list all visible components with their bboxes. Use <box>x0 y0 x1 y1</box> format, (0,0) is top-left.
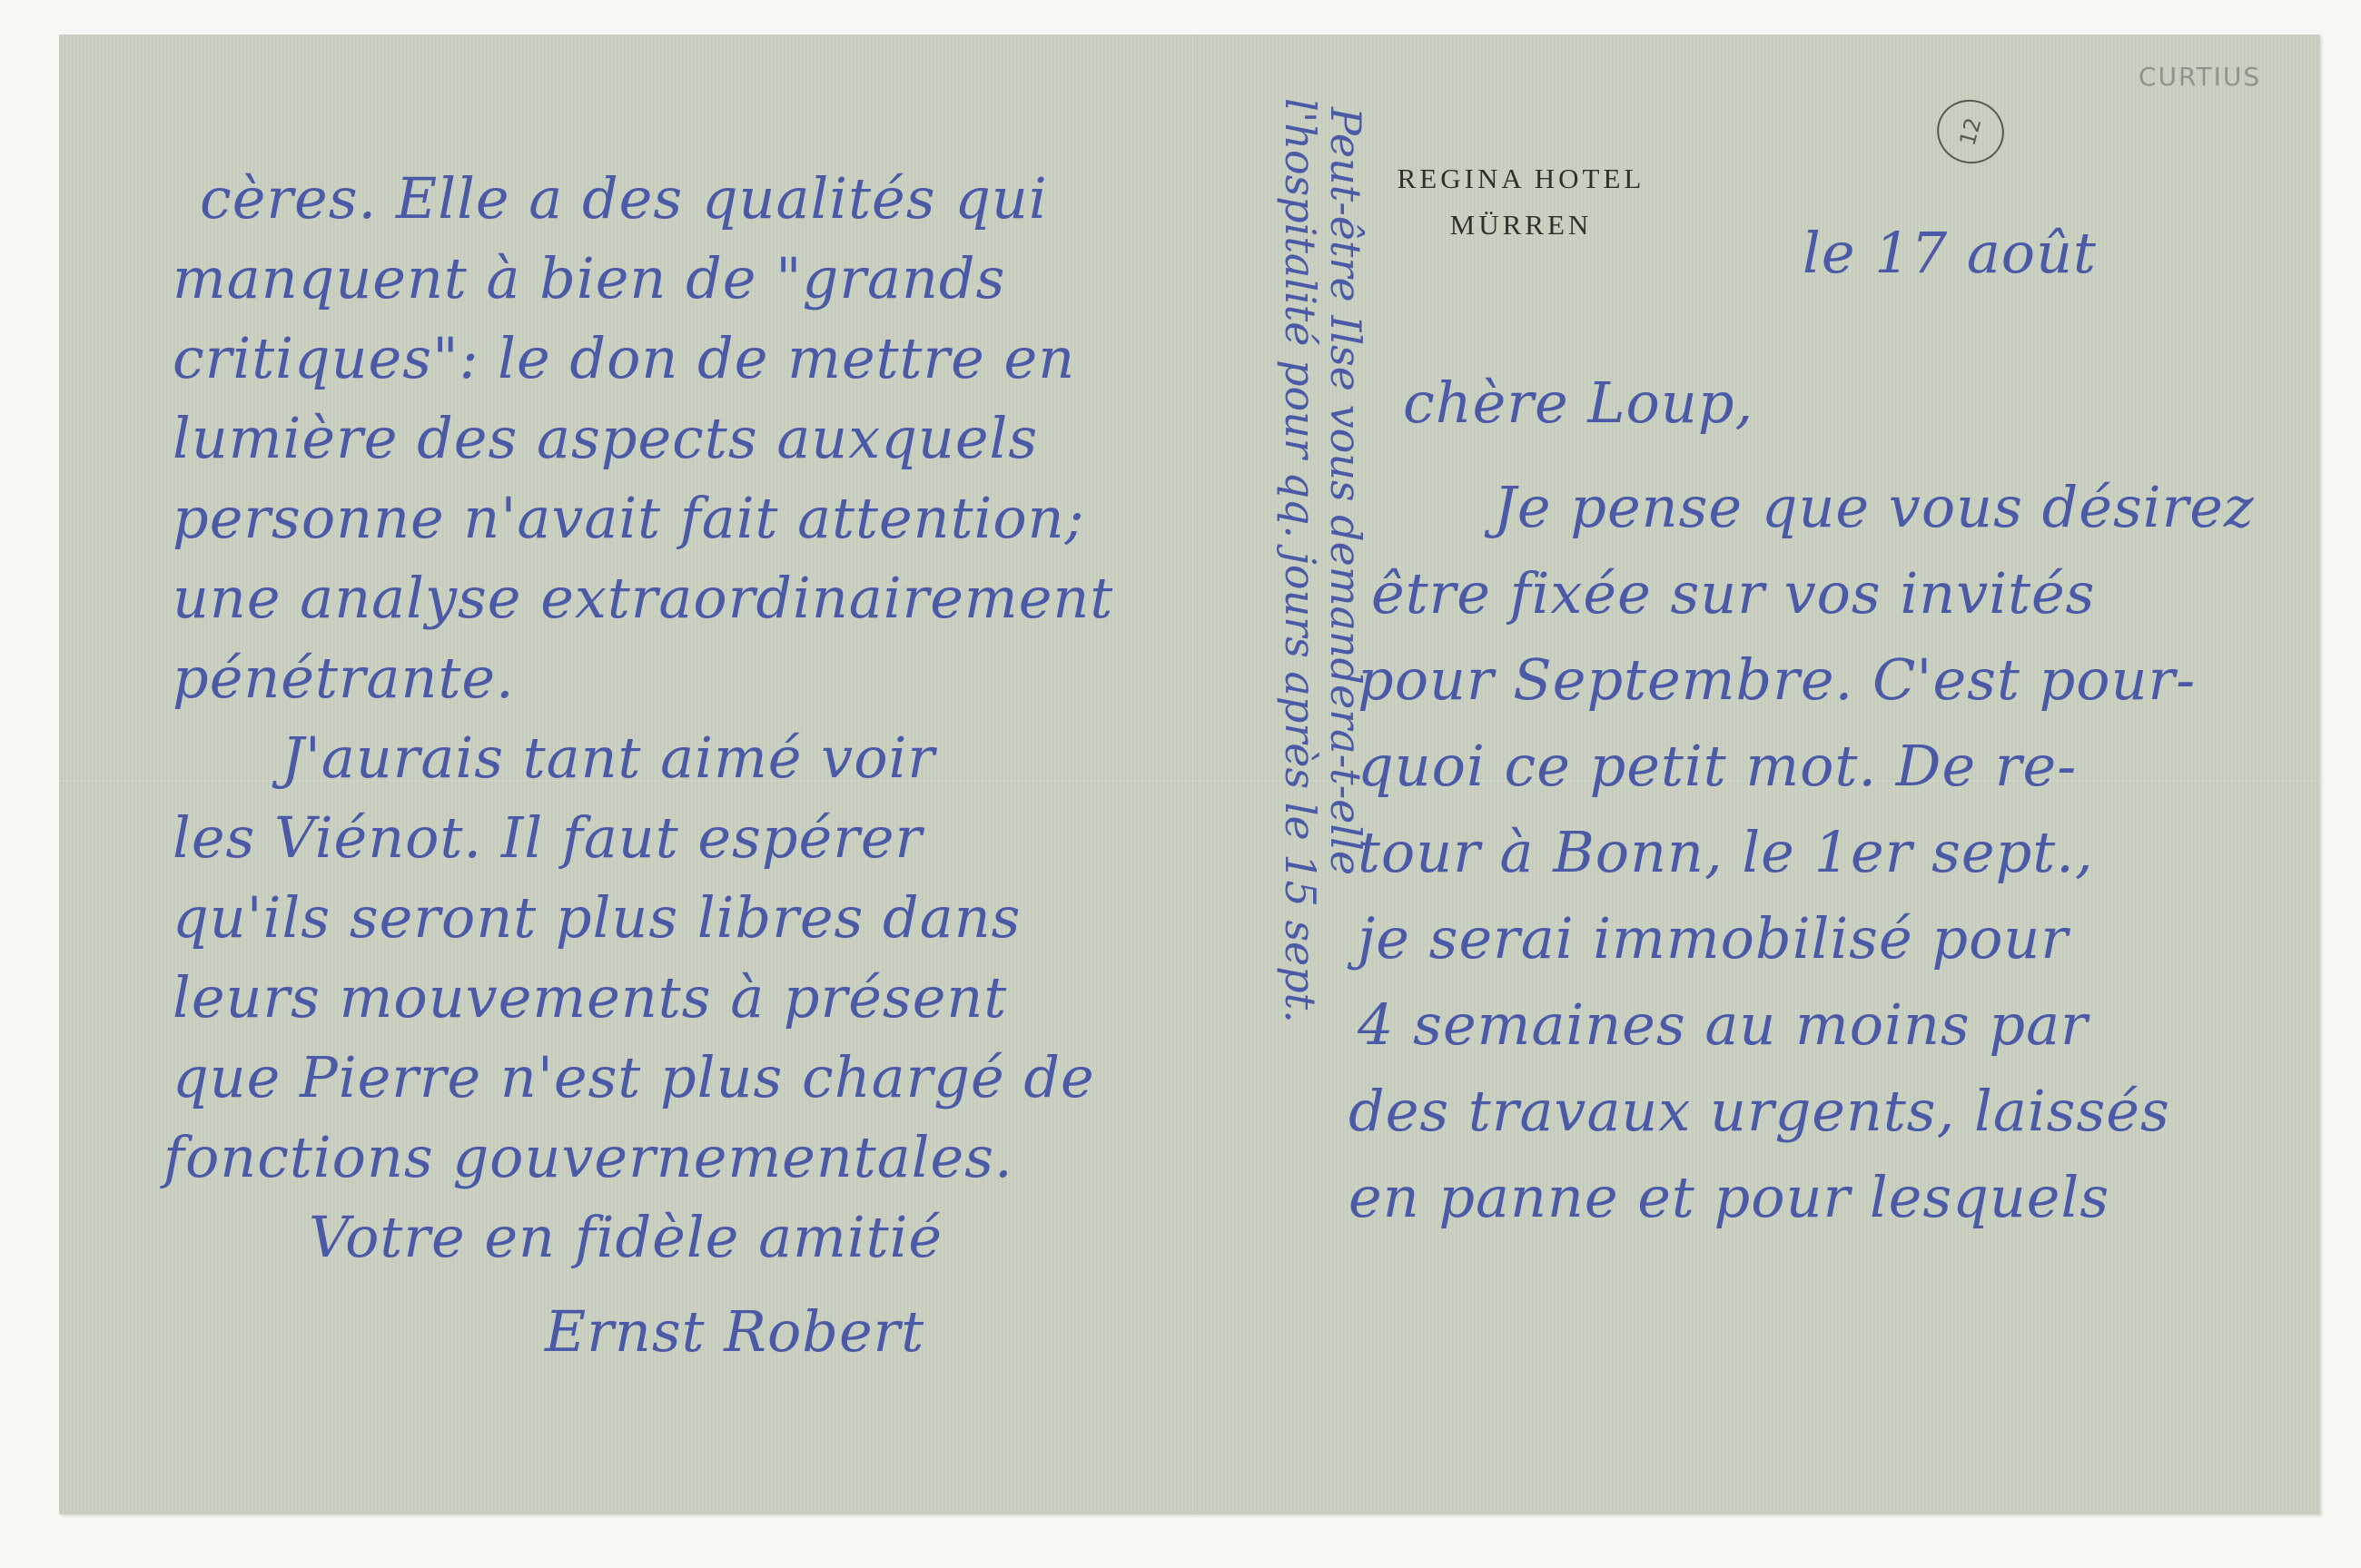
archive-annotation: CURTIUS <box>2139 62 2261 92</box>
right-line-9: en panne et pour lesquels <box>1348 1169 2109 1226</box>
left-line-11: leurs mouvements à présent <box>173 970 1007 1026</box>
left-line-4: lumière des aspects auxquels <box>173 410 1038 467</box>
left-line-3: critiques": le don de mettre en <box>173 330 1075 387</box>
right-line-1: Je pense que vous désirez <box>1494 479 2255 536</box>
right-line-4: quoi ce petit mot. De re- <box>1358 738 2077 794</box>
closing-line: Votre en fidèle amitié <box>309 1209 943 1266</box>
left-line-6: une analyse extraordinairement <box>173 570 1113 626</box>
left-line-2: manquent à bien de "grands <box>173 251 1005 307</box>
left-line-5: personne n'avait fait attention; <box>173 490 1084 547</box>
left-line-1: cères. Elle a des qualités qui <box>200 171 1048 227</box>
right-line-7: 4 semaines au moins par <box>1358 997 2089 1053</box>
letter-sheet: cères. Elle a des qualités qui manquent … <box>59 35 2320 1514</box>
left-line-10: qu'ils seront plus libres dans <box>173 890 1021 946</box>
letter-date: le 17 août <box>1803 225 2097 281</box>
right-line-2: être fixée sur vos invités <box>1371 566 2096 622</box>
left-line-7: pénétrante. <box>173 650 515 706</box>
margin-note-line-1: Peut-être Ilse vous demandera-t-elle <box>1325 107 1367 875</box>
right-line-8: des travaux urgents, laissés <box>1348 1083 2170 1139</box>
left-line-8: J'aurais tant aimé voir <box>282 730 935 786</box>
scanned-letter: cères. Elle a des qualités qui manquent … <box>0 0 2361 1568</box>
margin-note-line-2: l'hospitalité pour qq. jours après le 15… <box>1279 98 1321 1023</box>
page-number: 12 <box>1955 115 1987 149</box>
right-line-6: je serai immobilisé pour <box>1358 911 2069 967</box>
left-line-13: fonctions gouvernementales. <box>163 1129 1013 1186</box>
right-line-5: tour à Bonn, le 1er sept., <box>1358 824 2094 881</box>
vertical-fold-line <box>1197 35 1199 1514</box>
signature: Ernst Robert <box>545 1304 924 1360</box>
letterhead-hotel-name: REGINA HOTEL <box>1330 164 1712 192</box>
page-number-circle: 12 <box>1930 93 2011 172</box>
left-line-12: que Pierre n'est plus chargé de <box>173 1050 1095 1106</box>
salutation: chère Loup, <box>1403 375 1753 431</box>
right-line-3: pour Septembre. C'est pour- <box>1358 652 2196 708</box>
left-line-9: les Viénot. Il faut espérer <box>173 810 923 866</box>
letterhead-town: MÜRREN <box>1330 211 1712 239</box>
